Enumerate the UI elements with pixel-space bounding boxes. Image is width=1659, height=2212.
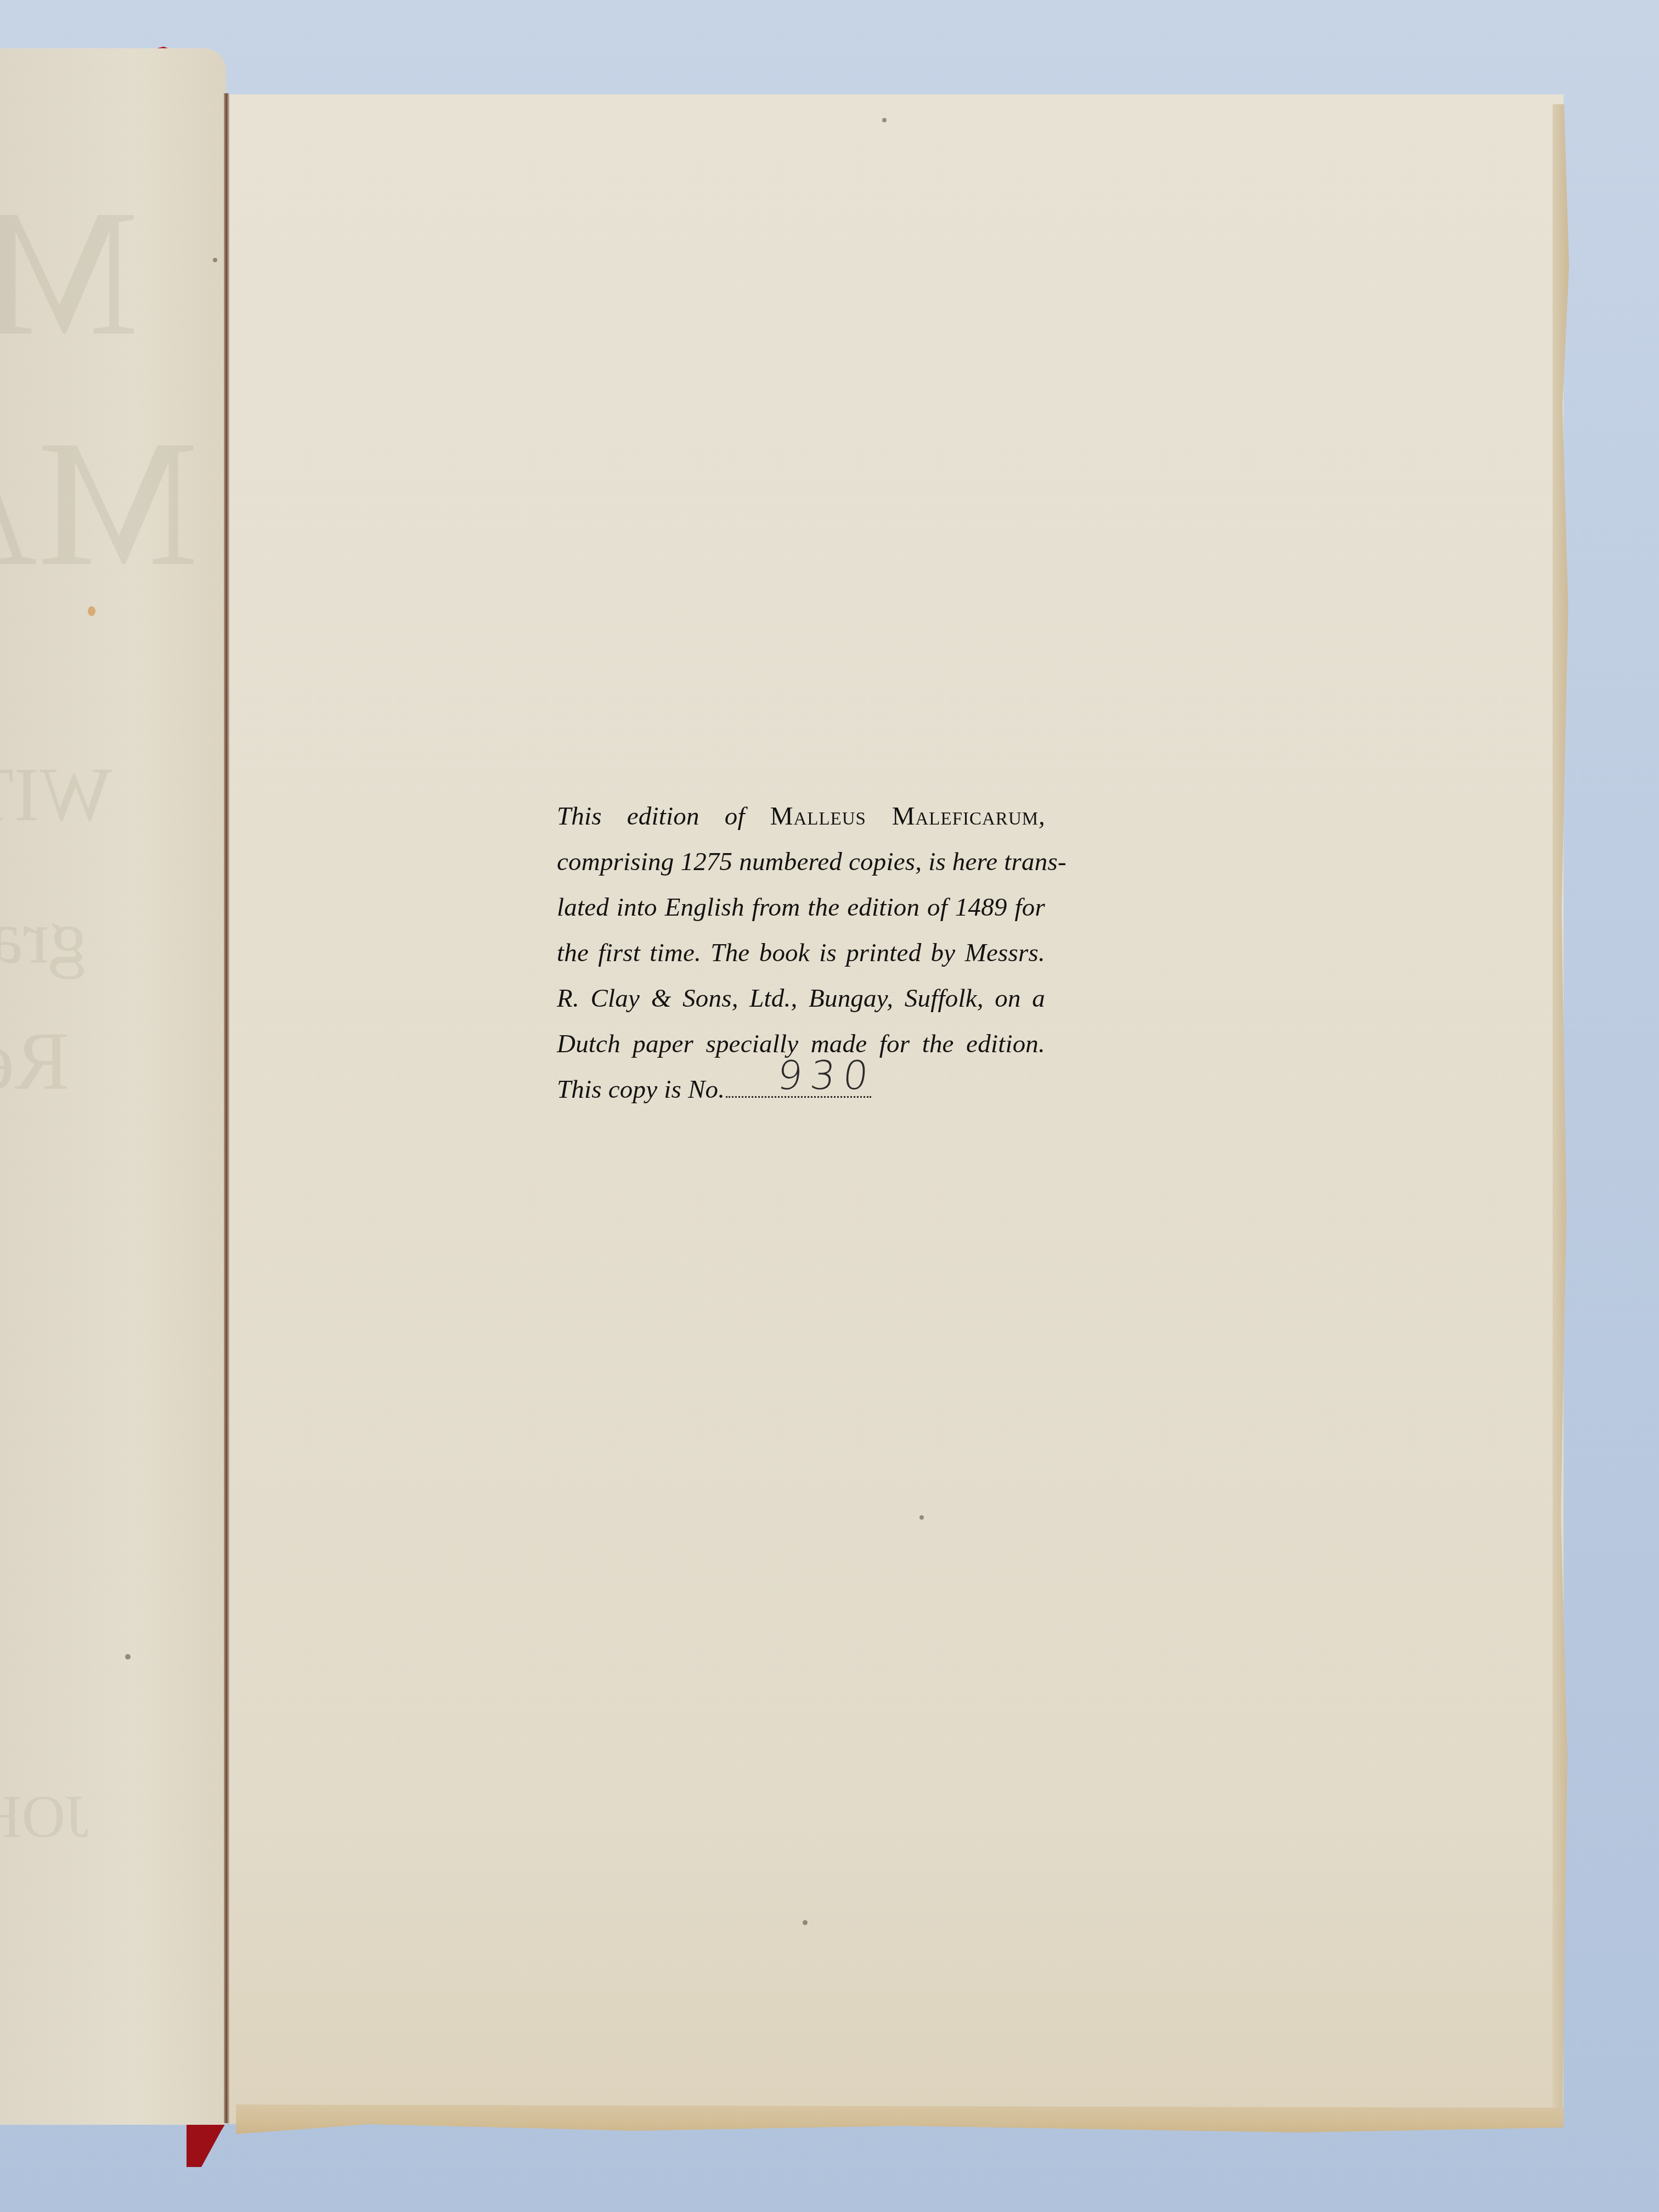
show-through-letter: M (0, 169, 139, 377)
show-through-text: Re (0, 1014, 70, 1108)
colophon-line-1: This edition of Malleus Maleficarum, (557, 794, 1045, 839)
colophon-line-3: lated into English from the edition of 1… (557, 885, 1045, 930)
paper-speck (803, 1920, 808, 1925)
text: , (1039, 802, 1045, 831)
show-through-letter: MA (0, 399, 199, 607)
paper-speck (882, 118, 887, 122)
show-through-text: WIT (0, 751, 112, 839)
left-page: M MA WIT gra Re JOH (0, 48, 226, 2125)
deckle-edge-right (1553, 104, 1569, 2118)
paper-speck (125, 1654, 131, 1660)
colophon-line-5: R. Clay & Sons, Ltd., Bungay, Suffolk, o… (557, 976, 1045, 1022)
book-title: Malleus Maleficarum (770, 802, 1039, 831)
handwritten-copy-number: 930 (775, 1052, 878, 1098)
paper-speck (213, 258, 217, 262)
show-through-text: JOH (0, 1782, 89, 1852)
foxing-spot (88, 606, 95, 616)
paper-speck (919, 1515, 924, 1520)
colophon-line-4: the first time. The book is printed by M… (557, 930, 1045, 976)
book-gutter (224, 93, 229, 2123)
text: This edition of (557, 802, 770, 831)
colophon-line-2: comprising 1275 numbered copies, is here… (557, 839, 1045, 885)
copy-number-label: This copy is No. (557, 1075, 725, 1104)
show-through-text: gra (0, 893, 87, 981)
